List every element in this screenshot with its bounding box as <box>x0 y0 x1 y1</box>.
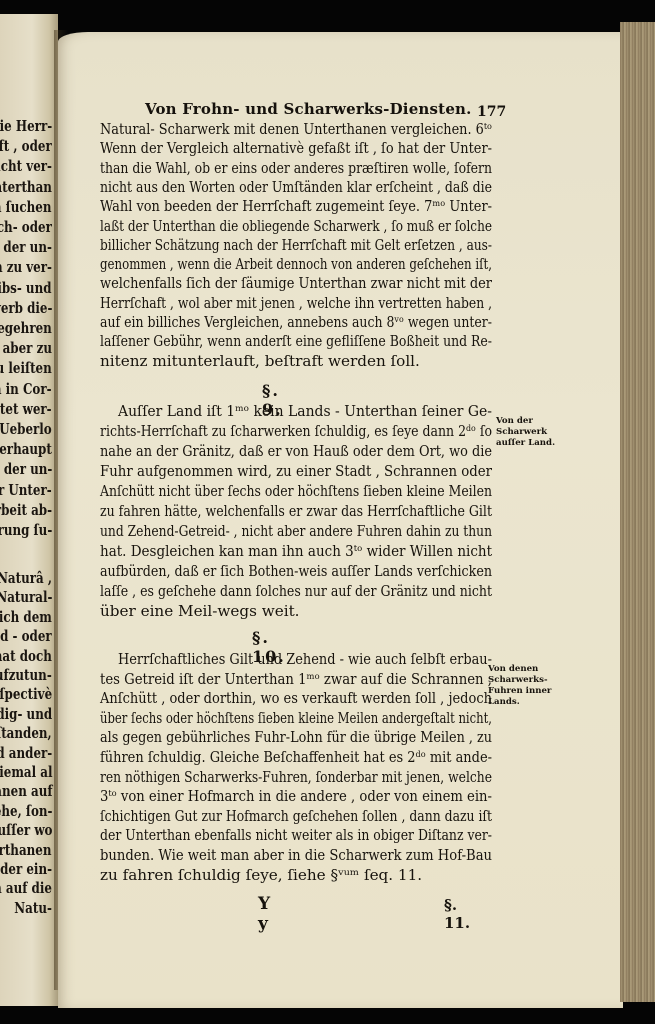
text-line: genommen , wenn die Arbeit dennoch von a… <box>100 255 492 273</box>
marginal-note-line: Lands. <box>488 697 551 708</box>
left-page-line: und ander- <box>0 745 52 762</box>
catchword: §. 11. <box>444 896 470 932</box>
text-line: zu fahren hätte, welchenfalls er zwar da… <box>100 502 492 520</box>
left-page-line: ft , oder <box>0 138 52 155</box>
text-line: und Zehend-Getreid- , nicht aber andere … <box>100 522 492 540</box>
left-page-line: niemal al <box>0 764 52 781</box>
left-page-line: aufzutun- <box>0 667 52 684</box>
text-line: bunden. Wie weit man aber in die Scharwe… <box>100 846 492 864</box>
text-line: der Unterthan ebenfalls nicht weiter als… <box>100 826 492 844</box>
left-page-line: eich- oder <box>0 219 52 236</box>
text-line: richts-Herrſchaft zu ſcharwerken ſchuldi… <box>100 422 492 440</box>
text-line: nicht aus den Worten oder Umſtänden klar… <box>100 178 492 196</box>
left-page-line: Leibs- und <box>0 280 52 297</box>
signature-mark: Y y <box>258 894 270 934</box>
left-page-line: Begehren <box>0 320 52 337</box>
left-page-line: Natural- <box>0 589 52 606</box>
text-line: nahe an der Gränitz, daß er von Hauß ode… <box>100 442 492 460</box>
book-spread: die Herr-ft , oderucht ver-Unterthann ſu… <box>0 0 655 1024</box>
text-line: laſſe , es geſchehe dann ſolches nur auf… <box>100 582 492 600</box>
left-page-line: er Unter- <box>0 482 52 499</box>
page-block-edges <box>620 22 655 1002</box>
left-page-line: oder ein- <box>0 861 52 878</box>
left-page-line: auſſer wo <box>0 822 52 839</box>
section-9-marginal-note: Von derScharwerkauſſer Land. <box>496 416 555 449</box>
text-line: Fuhr aufgenommen wird, zu einer Stadt , … <box>100 462 492 480</box>
left-page-line: ſich dem <box>0 609 52 626</box>
text-line: Herrſchaftliches Gilt und Zehend - wie a… <box>118 650 492 668</box>
text-line: tes Getreid iſt der Unterthan 1ᵐᵒ zwar a… <box>100 670 492 688</box>
left-page-line: hanen auf <box>0 783 52 800</box>
left-page-line: ündig- und <box>0 706 52 723</box>
left-page-line: zu leiſten <box>0 360 52 377</box>
left-page: die Herr-ft , oderucht ver-Unterthann ſu… <box>0 14 58 1006</box>
left-page-line: htet wer- <box>0 401 52 418</box>
left-page-line: n ſuchen <box>0 199 52 216</box>
marginal-note-line: Scharwerk <box>496 427 555 438</box>
marginal-note-line: Von denen <box>488 664 551 675</box>
marginal-note-line: Von der <box>496 416 555 427</box>
text-line: Natural- Scharwerk mit denen Unterthanen… <box>100 120 492 138</box>
text-line: 3ᵗᵒ von einer Hofmarch in die andere , o… <box>100 787 492 805</box>
left-page-line: g der un- <box>0 461 52 478</box>
left-page-line: ucht ver- <box>0 158 52 175</box>
left-page-line: Unterthan <box>0 179 52 196</box>
text-line: billicher Schätzung nach der Herrſchaft … <box>100 236 492 254</box>
left-page-line: terthanen <box>0 842 52 859</box>
text-line: zu fahren ſchuldig ſeye, ſiehe §ᵛᵘᵐ ſeq.… <box>100 866 422 884</box>
text-line: than die Wahl, ob er eins oder anderes p… <box>100 159 492 177</box>
left-page-line: überhaupt <box>0 441 52 458</box>
left-page-line: Arbeit ab- <box>0 502 52 519</box>
left-page-line: reſpectivè <box>0 686 52 703</box>
left-page-line: eld - oder <box>0 628 52 645</box>
text-line: auf ein billiches Vergleichen, annebens … <box>100 313 492 331</box>
text-line: laſſener Gebühr, wenn anderſt eine gefli… <box>100 332 492 350</box>
text-line: Anſchütt , oder dorthin, wo es verkauft … <box>100 689 492 707</box>
text-line: Anſchütt nicht über ſechs oder höchſtens… <box>100 482 492 500</box>
text-line: ren nöthigen Scharwerks-Fuhren, ſonderba… <box>100 768 492 786</box>
left-page-line: ſtehe, ſon- <box>0 803 52 820</box>
left-page-line: Naturâ , <box>0 570 52 587</box>
left-page-line: t der un- <box>0 239 52 256</box>
left-page-line: n in Cor- <box>0 381 52 398</box>
text-line: über eine Meil-wegs weit. <box>100 602 300 620</box>
text-line: als gegen gebührliches Fuhr-Lohn für die… <box>100 728 492 746</box>
left-page-line: hat doch <box>0 648 52 665</box>
left-page-line: r Ueberlo <box>0 421 52 438</box>
text-line: laßt der Unterthan die obliegende Scharw… <box>100 217 492 235</box>
left-page-line: en zu ver- <box>0 259 52 276</box>
marginal-note-line: Scharwerks- <box>488 675 551 686</box>
text-line: ſchichtigen Gut zur Hofmarch geſchehen ſ… <box>100 807 492 825</box>
text-line: nitenz mitunterlauft, beſtraft werden ſo… <box>100 352 420 370</box>
text-line: Wahl von beeden der Herrſchaft zugemeint… <box>100 197 492 215</box>
left-page-line: en auf die <box>0 880 52 897</box>
left-page-line: erſtanden, <box>0 725 52 742</box>
running-title: Von Frohn- und Scharwerks-Diensten. <box>145 100 472 118</box>
text-line: über ſechs oder höchſtens ſieben kleine … <box>100 709 492 727</box>
text-line: Wenn der Vergleich alternativè gefaßt iſ… <box>100 139 492 157</box>
text-line: Herrſchaft , wol aber mit jenen , welche… <box>100 294 492 312</box>
text-line: aufbürden, daß er ſich Bothen-weis auſſe… <box>100 562 492 580</box>
text-line: hat. Desgleichen kan man ihn auch 3ᵗᵒ wi… <box>100 542 492 560</box>
marginal-note-line: Fuhren inner <box>488 686 551 697</box>
page-number: 177 <box>477 104 506 120</box>
marginal-note-line: auſſer Land. <box>496 438 555 449</box>
text-line: Auſſer Land iſt 1ᵐᵒ kein Lands - Unterth… <box>118 402 492 420</box>
left-page-line: t aber zu <box>0 340 52 357</box>
left-page-line: werb die- <box>0 300 52 317</box>
text-line: führen ſchuldig. Gleiche Beſchaffenheit … <box>100 748 492 766</box>
text-line: welchenfalls ſich der ſäumige Unterthan … <box>100 274 492 292</box>
left-page-line: Natu- <box>14 900 52 917</box>
section-10-marginal-note: Von denenScharwerks-Fuhren innerLands. <box>488 664 551 708</box>
page-header: Von Frohn- und Scharwerks-Diensten. <box>145 100 490 118</box>
left-page-line: die Herr- <box>0 118 52 135</box>
left-page-line: hrung ſu- <box>0 522 52 539</box>
